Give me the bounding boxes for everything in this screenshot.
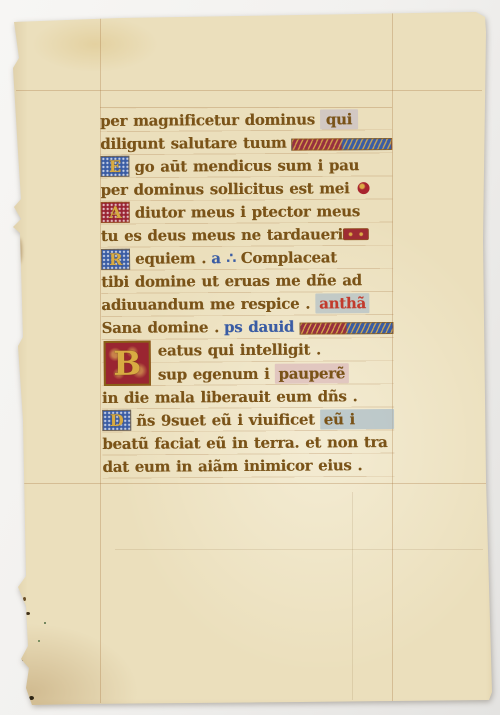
rubric-anthem-label: anthã — [315, 293, 370, 313]
parchment-crease-horizontal — [115, 549, 483, 550]
line-text: per magnificetur dominus — [100, 110, 315, 129]
line-text: beatũ faciat eũ in terra. et non tra — [102, 433, 387, 453]
line-text: ñs 9suet eũ i viuificet — [136, 410, 315, 429]
line-text: go aūt mendicus sum i pau — [134, 156, 359, 176]
text-block: B per magnificetur dominus qui diligunt … — [100, 107, 395, 481]
line-text: dat eum in aiãm inimicor eius . — [102, 456, 362, 476]
illuminated-initial-D: D — [102, 410, 131, 431]
manuscript-line-7: R equiem . a ∴ Complaceat — [101, 246, 393, 271]
line-text-blue: a ∴ — [211, 249, 236, 267]
line-text: equiem . — [135, 249, 206, 267]
line-text: diutor meus i ptector meus — [135, 202, 360, 222]
parchment-crease-vertical — [352, 492, 353, 700]
manuscript-line-3: E go aūt mendicus sum i pau — [100, 153, 392, 178]
manuscript-line-1: per magnificetur dominus qui — [100, 107, 392, 132]
line-text: diligunt salutare tuum — [100, 133, 286, 152]
manuscript-line-8: tibi domine ut eruas me dñe ad — [101, 269, 393, 294]
manuscript-line-14: D ñs 9suet eũ i viuificet eũ i — [102, 407, 394, 432]
manuscript-line-6: tu es deus meus ne tardaueri — [101, 222, 393, 247]
pigment-speck — [38, 640, 40, 642]
manuscript-line-10: Sana domine . ps dauid — [101, 315, 393, 340]
manuscript-line-2: diligunt salutare tuum — [100, 130, 392, 155]
line-text: Sana domine . — [101, 319, 219, 338]
manuscript-line-13: in die mala liberauit eum dñs . — [102, 384, 394, 409]
line-text: adiuuandum me respice . — [101, 295, 310, 314]
line-text-washed: qui — [320, 109, 358, 129]
sewing-hole-mark — [26, 612, 30, 615]
illuminated-initial-B: B — [104, 341, 151, 386]
line-text: tu es deus meus ne tardaueri — [101, 225, 343, 245]
line-text: per dominus sollicitus est mei — [101, 179, 350, 199]
line-text: Complaceat — [241, 248, 337, 267]
line-text-washed: eũ i — [320, 409, 395, 430]
line-text: in die mala liberauit eum dñs . — [102, 387, 357, 407]
photograph-backdrop: B per magnificetur dominus qui diligunt … — [0, 0, 500, 715]
manuscript-line-5: A diutor meus i ptector meus — [101, 199, 393, 224]
edge-stain — [14, 238, 22, 264]
line-text: sup egenum i — [158, 364, 270, 383]
bar-ornament — [343, 228, 369, 240]
roundel-ornament — [357, 182, 369, 194]
line-filler-ornament — [299, 322, 394, 335]
line-filler-ornament — [291, 138, 392, 151]
illuminated-initial-A: A — [101, 202, 130, 223]
psalm-label-blue: ps dauid — [224, 318, 294, 336]
illuminated-initial-R: R — [101, 248, 130, 269]
line-text-washed: pauperẽ — [274, 363, 349, 384]
line-text: tibi domine ut eruas me dñe ad — [101, 271, 362, 291]
sewing-hole-mark — [29, 696, 34, 700]
parchment-leaf: B per magnificetur dominus qui diligunt … — [0, 0, 500, 715]
pigment-speck — [44, 622, 46, 624]
sewing-hole-mark — [23, 597, 26, 601]
ruling-line-horizontal-top — [16, 90, 482, 91]
manuscript-leaf-wrapper: B per magnificetur dominus qui diligunt … — [0, 0, 500, 715]
illuminated-initial-E: E — [100, 156, 129, 177]
manuscript-line-4: per dominus sollicitus est mei — [100, 176, 392, 201]
manuscript-line-16: dat eum in aiãm inimicor eius . — [102, 453, 394, 478]
line-text: eatus qui intelligit . — [158, 341, 321, 360]
sewing-hole-mark — [20, 660, 23, 663]
manuscript-line-15: beatũ faciat eũ in terra. et non tra — [102, 430, 394, 455]
ruling-line-horizontal-bottom — [18, 483, 486, 484]
manuscript-line-9: adiuuandum me respice . anthã — [101, 292, 393, 317]
